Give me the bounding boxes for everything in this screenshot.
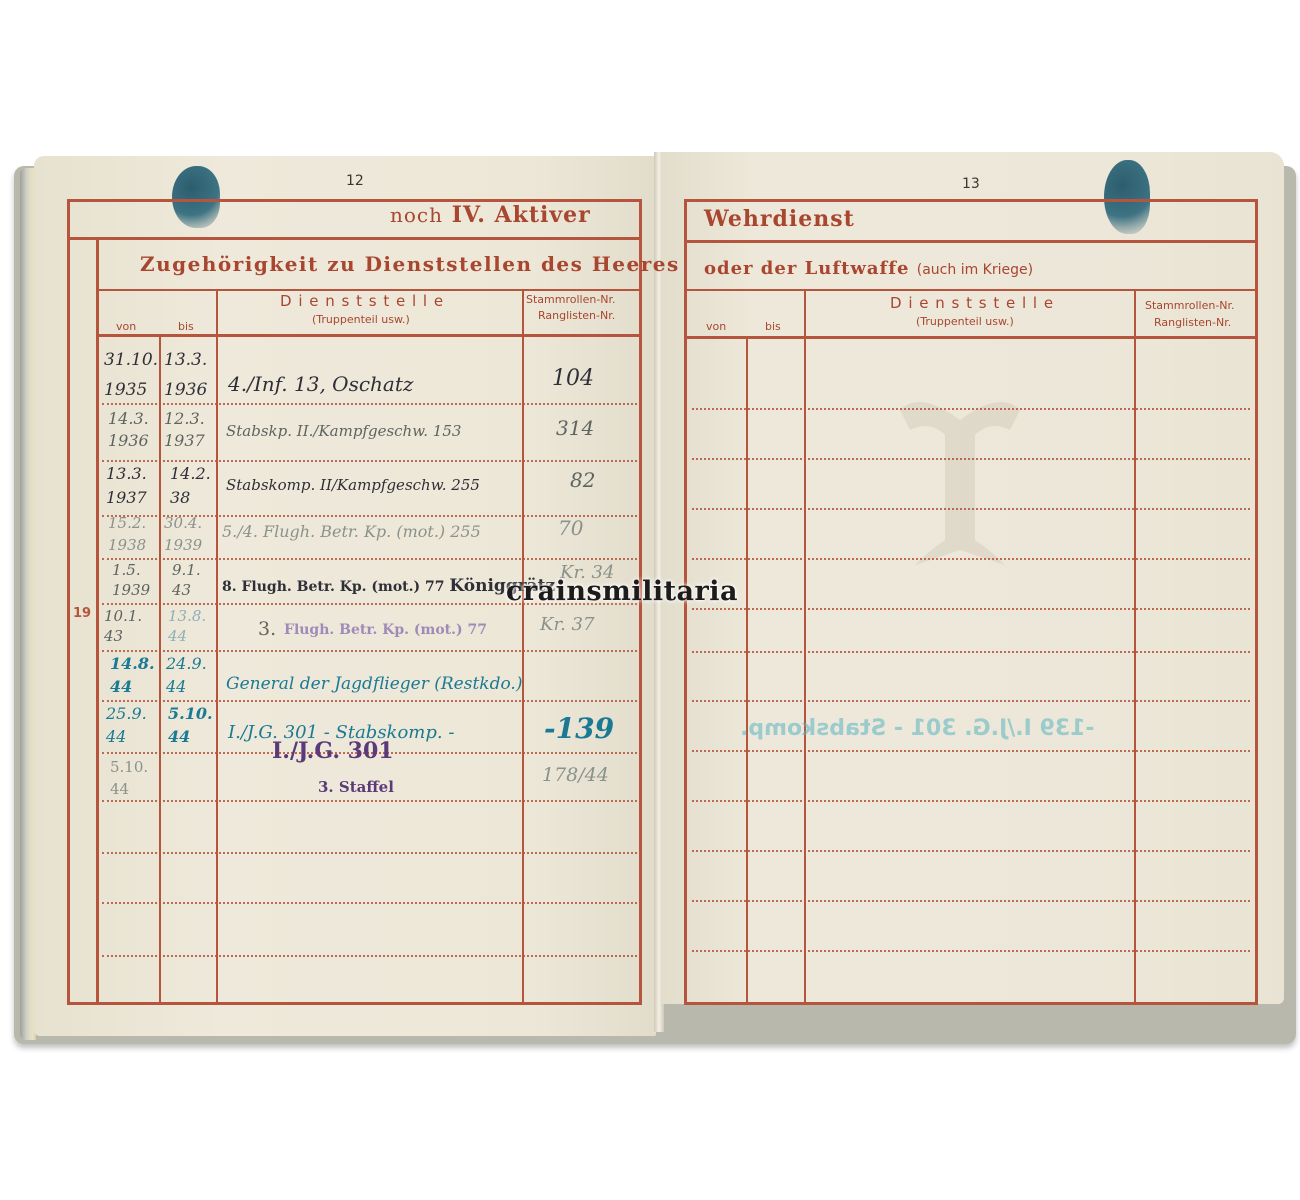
row-von: 31.10. 1935	[104, 345, 158, 405]
right-page-title: Wehrdienst	[704, 206, 855, 232]
right-col-header-bis: bis	[765, 320, 781, 333]
row-von: 25.9. 44	[106, 702, 158, 748]
row-von: 13.3. 1937	[106, 462, 156, 510]
row-nr: Kr. 37	[540, 614, 594, 635]
row-von: 5.10. 44	[110, 756, 156, 800]
row-von: 14.3. 1936	[108, 408, 158, 452]
row-nr: 314	[556, 416, 594, 440]
row-nr: 70	[558, 516, 583, 540]
row-von: 10.1. 43	[104, 606, 154, 646]
right-title-divider	[684, 240, 1258, 243]
right-col-header-von: von	[706, 320, 726, 333]
right-col-von-bis-line	[746, 339, 748, 1005]
row-von: 15.2. 1938	[108, 512, 158, 556]
left-page-title: noch IV. Aktiver	[390, 202, 591, 228]
row-nr: 104	[552, 366, 594, 391]
right-col-header-stammrollen: Stammrollen-Nr.	[1145, 299, 1235, 312]
right-col-dienst-nr-line	[1134, 289, 1136, 1005]
side-number: 19	[73, 606, 91, 621]
left-col-dienst-nr-line	[522, 289, 524, 1005]
row-dienststelle: 4./Inf. 13, Oschatz	[228, 372, 413, 396]
row-dienststelle: 5./4. Flugh. Betr. Kp. (mot.) 255	[222, 522, 481, 541]
left-header-divider	[96, 334, 642, 337]
unit-stamp-jg301: I./J.G. 301	[272, 738, 394, 764]
left-index-column-line	[96, 237, 99, 1005]
page-number-left: 12	[346, 173, 364, 189]
right-subtitle-divider	[684, 289, 1258, 291]
left-col-bis-dienst-line	[216, 289, 218, 1005]
right-header-divider	[684, 336, 1258, 339]
row-bis: 9.1. 43	[172, 560, 214, 600]
row-bis: 24.9. 44	[166, 652, 214, 698]
col-header-bis: bis	[178, 320, 194, 333]
row-bis: 5.10. 44	[168, 702, 214, 748]
title-prefix: noch	[390, 203, 443, 227]
left-col-von-bis-line	[159, 337, 161, 1005]
right-col-header-ranglisten: Ranglisten-Nr.	[1154, 316, 1231, 329]
row-nr: 82	[570, 468, 595, 492]
row-prefix: 3.	[258, 618, 276, 640]
left-subtitle-divider	[96, 289, 642, 291]
col-header-ranglisten: Ranglisten-Nr.	[538, 309, 615, 322]
right-page-subtitle: oder der Luftwaffe (auch im Kriege)	[704, 258, 1033, 279]
col-header-dienststelle-sub: (Truppenteil usw.)	[312, 313, 410, 326]
page-number-right: 13	[962, 176, 980, 192]
left-title-divider	[67, 237, 642, 240]
unit-stamp-3-staffel: 3. Staffel	[318, 778, 394, 796]
col-header-dienststelle: D i e n s t s t e l l e	[280, 292, 444, 310]
row-dienststelle: General der Jagdflieger (Restkdo.)	[226, 674, 522, 694]
row-dienststelle: Stabskomp. II/Kampfgeschw. 255	[226, 476, 480, 494]
ink-bleed-through: -139 I./J.G. 301 - Stabskomp.	[740, 716, 1095, 741]
title-main: IV. Aktiver	[452, 202, 591, 228]
right-col-header-dienststelle: D i e n s t s t e l l e	[890, 294, 1054, 312]
row-bis: 13.3. 1936	[164, 345, 214, 405]
row-von: 14.8. 44	[110, 652, 158, 698]
row-nr: 178/44	[542, 764, 609, 786]
seller-watermark: crainsmilitaria	[506, 576, 738, 607]
row-bis: 12.3. 1937	[164, 408, 214, 452]
right-col-header-dienststelle-sub: (Truppenteil usw.)	[916, 315, 1014, 328]
row-bis: 30.4. 1939	[164, 512, 216, 556]
row-bis: 13.8. 44	[168, 606, 212, 646]
eagle-watermark-icon	[880, 390, 1040, 580]
right-col-bis-dienst-line	[804, 289, 806, 1005]
row-nr: -139	[544, 712, 614, 745]
row-dienststelle: Stabskp. II./Kampfgeschw. 153	[226, 422, 461, 440]
unit-stamp-3-flugh: Flugh. Betr. Kp. (mot.) 77	[284, 622, 487, 638]
row-bis: 14.2. 38	[170, 462, 214, 510]
col-header-von: von	[116, 320, 136, 333]
row-von: 1.5. 1939	[112, 560, 160, 600]
col-header-stammrollen: Stammrollen-Nr.	[526, 293, 616, 306]
left-page-subtitle: Zugehörigkeit zu Dienststellen des Heere…	[140, 252, 680, 276]
